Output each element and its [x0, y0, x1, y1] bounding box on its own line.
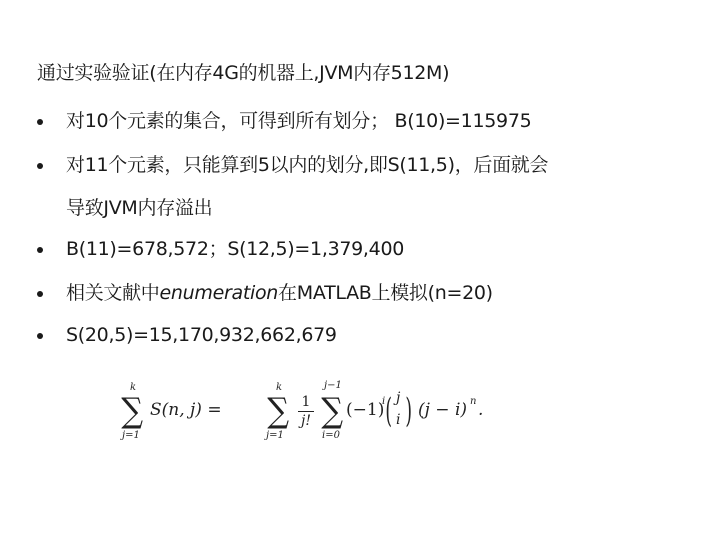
bullet-text: 对11个元素，只能算到5以内的划分,即S(11,5)，后面就会 [66, 152, 548, 178]
bullet-text-suffix: 在MATLAB上模拟(n=20) [278, 282, 493, 304]
formula-exponent: n [470, 396, 476, 407]
bullet-continuation: 导致JVM内存溢出 [66, 195, 212, 221]
formula-sign-term: (−1) [346, 400, 384, 420]
fraction: 1 j! [298, 394, 314, 429]
left-paren-icon: ( [385, 394, 392, 428]
sum-lower-limit: i=0 [322, 430, 340, 441]
stirling-sum-formula: k ∑ j=1 S(n, j) = k ∑ j=1 1 j! j−1 ∑ i=0… [120, 380, 500, 450]
bullet-dot-icon [37, 333, 43, 339]
slide: 通过实验验证(在内存4G的机器上,JVM内存512M) 对10个元素的集合，可得… [0, 0, 720, 540]
fraction-numerator: 1 [298, 394, 314, 410]
sum-upper-limit: j−1 [324, 380, 342, 391]
sum-lower-limit: j=1 [266, 430, 284, 441]
bullet-text: S(20,5)=15,170,932,662,679 [66, 322, 337, 348]
summation-icon: ∑ [121, 394, 143, 428]
bullet-dot-icon [37, 247, 43, 253]
bullet-text: B(11)=678,572；S(12,5)=1,379,400 [66, 236, 404, 262]
bullet-text-italic: enumeration [160, 282, 279, 304]
slide-heading: 通过实验验证(在内存4G的机器上,JVM内存512M) [37, 60, 449, 86]
summation-icon: ∑ [321, 394, 343, 428]
bullet-text-prefix: 相关文献中 [66, 282, 160, 304]
formula-power-base: (j − i) [418, 400, 467, 420]
bullet-dot-icon [37, 291, 43, 297]
summation-icon: ∑ [267, 394, 289, 428]
sum-lower-limit: j=1 [122, 430, 140, 441]
fraction-denominator: j! [298, 413, 314, 429]
bullet-text: 相关文献中enumeration在MATLAB上模拟(n=20) [66, 280, 493, 306]
formula-period: . [478, 400, 483, 420]
binomial-bottom: i [396, 412, 400, 428]
right-paren-icon: ) [405, 394, 412, 428]
binomial-top: j [396, 390, 400, 406]
bullet-dot-icon [37, 163, 43, 169]
bullet-dot-icon [37, 119, 43, 125]
bullet-text: 对10个元素的集合，可得到所有划分； B(10)=115975 [66, 108, 531, 134]
fraction-bar [298, 411, 314, 412]
formula-lhs: S(n, j) = [150, 400, 222, 420]
